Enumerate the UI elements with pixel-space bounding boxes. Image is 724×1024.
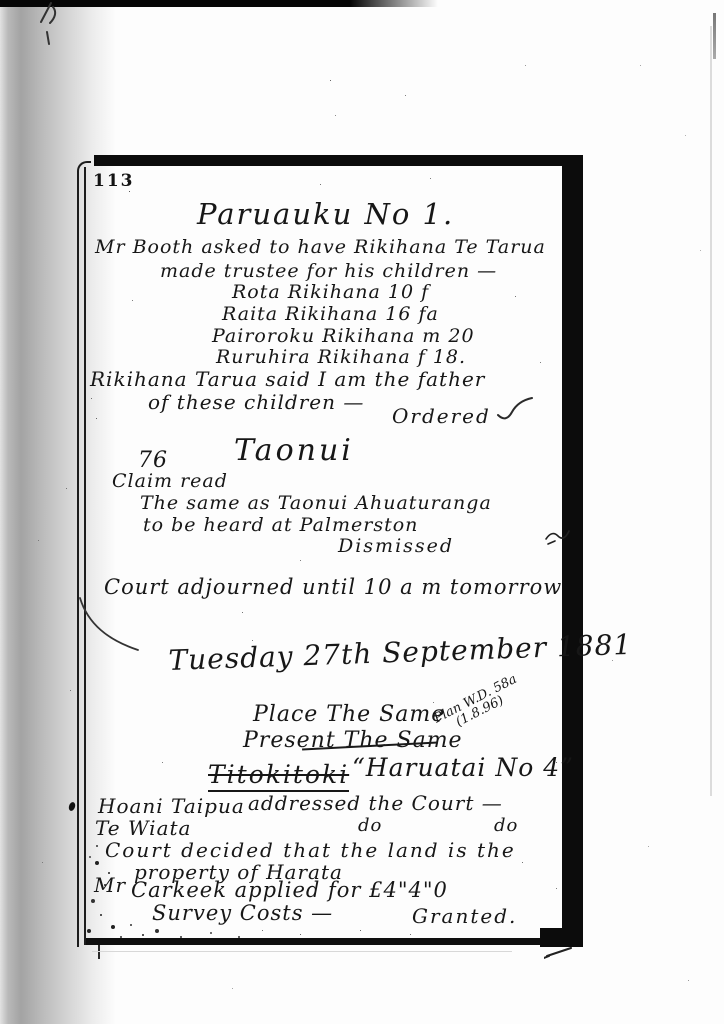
entry3-ditto: do [358,816,382,836]
adjournment-line: Court adjourned until 10 a m tomorrow [104,576,562,599]
entry2-ruling: Dismissed [338,536,454,557]
entry1-ruling: Ordered [392,405,491,427]
entry1-line: Mr Booth asked to have Rikihana Te Tarua [95,237,546,258]
entry2-heading: Taonui [234,434,354,467]
entry1-line: made trustee for his children — [160,261,497,282]
page-edge-line [710,26,712,796]
entry1-heading: Paruauku No 1. [197,199,454,231]
entry3-speaker: Hoani Taipua [98,795,245,817]
entry1-line: of these children — [148,391,364,413]
entry1-child-row: Raita Rikihana 16 fa [222,304,439,325]
frame-border-bottom [84,938,583,945]
stray-pen-mark-icon [36,2,66,50]
entry1-child-row: Ruruhira Rikihana f 18. [216,347,466,368]
entry3-application-line: Carkeek applied for £4"4"0 [131,879,448,902]
frame-border-top [94,155,582,166]
entry3-line: addressed the Court — [248,792,503,814]
margin-note: Plan W.D. 58a (1.8.96) [432,673,526,739]
entry1-line: Rikihana Tarua said I am the father [90,368,485,390]
pen-dash-icon [544,945,574,959]
session-place-line: Place The Same [253,703,445,727]
book-binding-shadow [0,0,116,1024]
scan-noise-speckles [0,0,2,2]
entry3-ruling: Granted. [412,905,517,927]
page-number: 113 [93,172,135,191]
pen-flourish-icon [74,594,146,658]
page-crease-line [92,951,512,952]
entry2-line: Claim read [112,471,228,492]
entry1-child-row: Pairoroku Rikihana m 20 [212,326,475,347]
scan-artifact-edge-mark [713,13,716,59]
entry3-ditto: do [494,816,518,836]
entry3-heading: “Haruatai No 4” [352,754,574,782]
entry3-application-line: Survey Costs — [152,902,333,925]
entry3-applicant-prefix: Mr [94,874,126,896]
scanned-minute-book-page: 113 Paruauku No 1. Mr Booth asked to hav… [0,0,724,1024]
entry1-child-row: Rota Rikihana 10 f [232,282,429,303]
entry3-struck-heading: Titokitoki [208,761,349,792]
ink-scribble-icon [544,524,572,548]
check-mark-icon [495,395,535,427]
frame-border-left-inner [84,167,86,945]
entry2-line: to be heard at Palmerston [143,515,418,536]
frame-tick-bottom-left [98,945,100,959]
frame-border-right [562,155,583,947]
entry3-speaker: Te Wiata [95,817,191,839]
entry2-line: The same as Taonui Ahuaturanga [140,493,492,514]
entry3-decision-line: Court decided that the land is the [105,839,516,861]
